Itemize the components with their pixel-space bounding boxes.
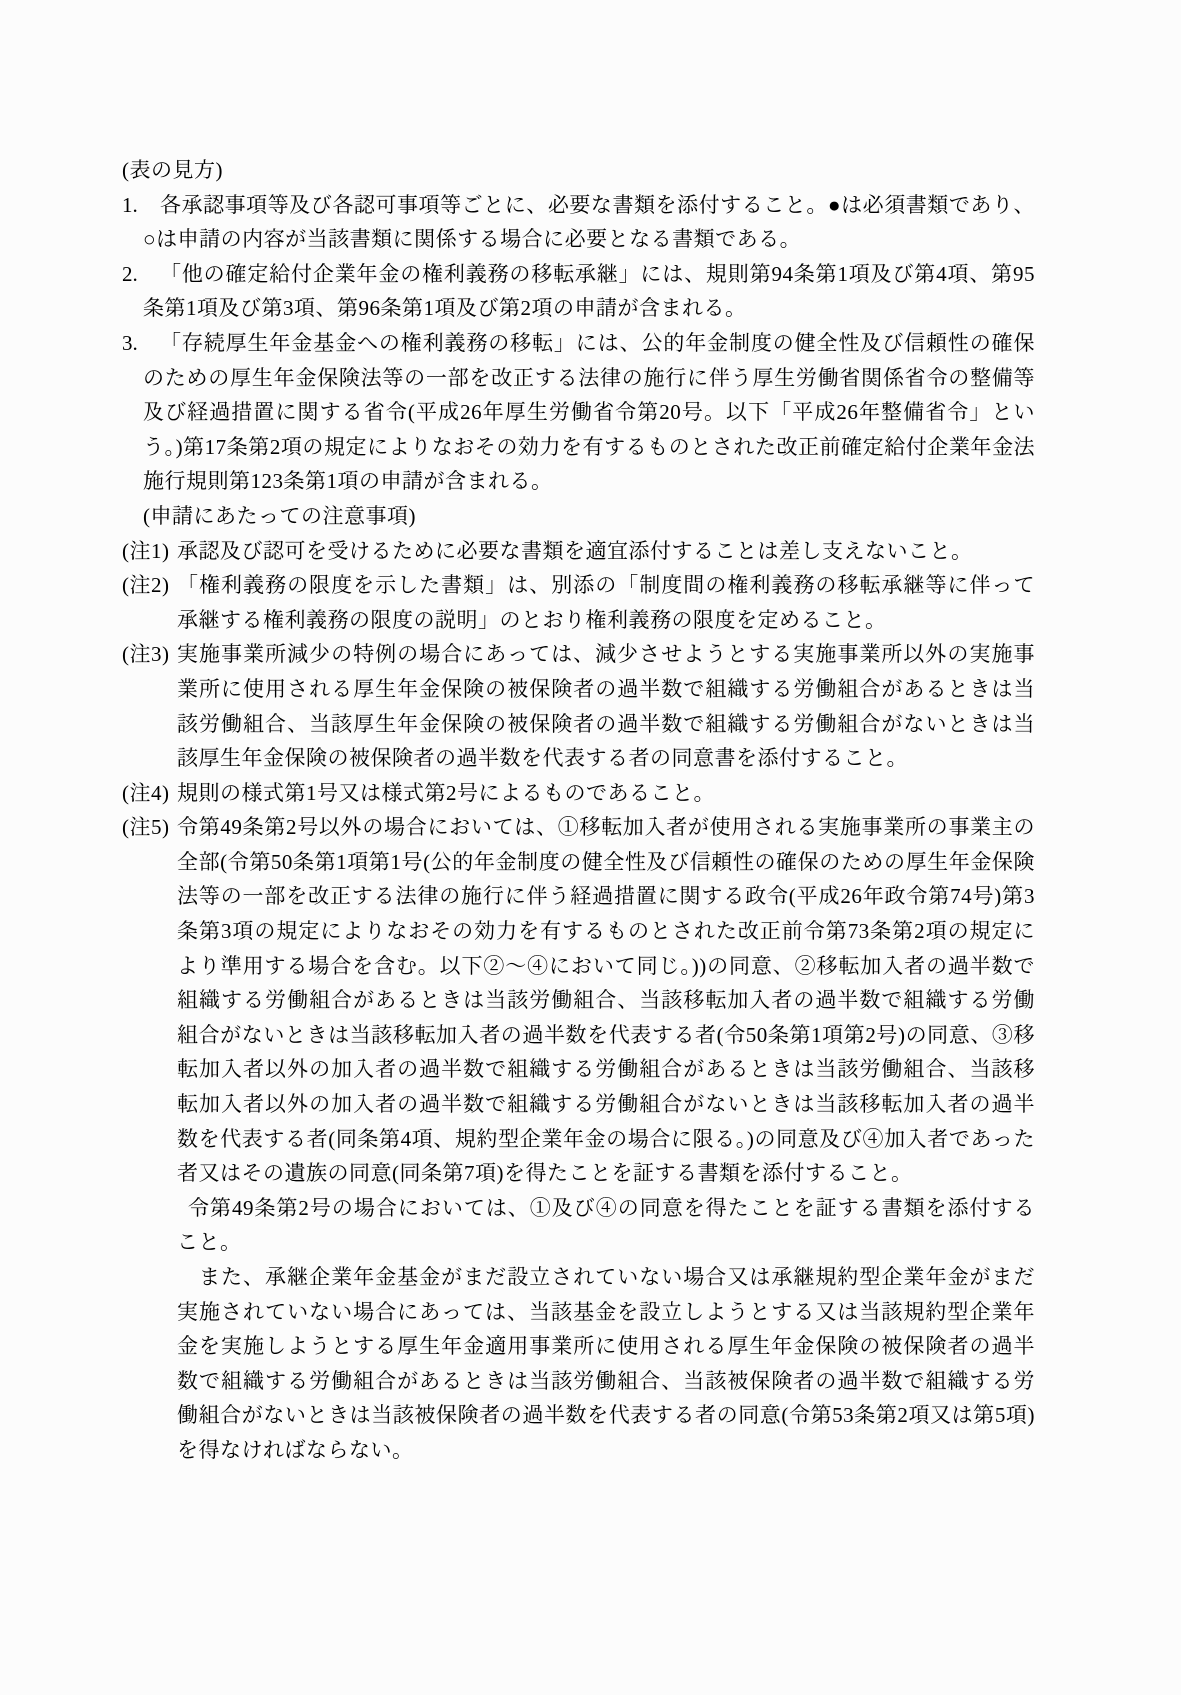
note-label: (注5) <box>122 810 170 845</box>
item-text: 各承認事項等及び各認可事項等ごとに、必要な書類を添付すること。●は必須書類であり… <box>143 188 1035 257</box>
note-item-2: (注2) 「権利義務の限度を示した書類」は、別添の「制度間の権利義務の移転承継等… <box>122 568 1035 637</box>
note-item-5: (注5) 令第49条第2号以外の場合においては、①移転加入者が使用される実施事業… <box>122 810 1035 1191</box>
note-text: 「権利義務の限度を示した書類」は、別添の「制度間の権利義務の移転承継等に伴って承… <box>177 568 1035 637</box>
notes-section-heading: (申請にあたっての注意事項) <box>143 499 1035 534</box>
note-item-3: (注3) 実施事業所減少の特例の場合にあっては、減少させようとする実施事業所以外… <box>122 637 1035 775</box>
table-guide-item-2: 2. 「他の確定給付企業年金の権利義務の移転承継」には、規則第94条第1項及び第… <box>122 257 1035 326</box>
table-guide-item-1: 1. 各承認事項等及び各認可事項等ごとに、必要な書類を添付すること。●は必須書類… <box>122 188 1035 257</box>
note-label: (注4) <box>122 776 170 811</box>
item-text: 「存続厚生年金基金への権利義務の移転」には、公的年金制度の健全性及び信頼性の確保… <box>143 326 1035 499</box>
note-item-1: (注1) 承認及び認可を受けるために必要な書類を適宜添付することは差し支えないこ… <box>122 534 1035 569</box>
table-guide-item-3: 3. 「存続厚生年金基金への権利義務の移転」には、公的年金制度の健全性及び信頼性… <box>122 326 1035 499</box>
note-5-subparagraph-2: また、承継企業年金基金がまだ設立されていない場合又は承継規約型企業年金がまだ実施… <box>122 1260 1035 1468</box>
note-label: (注1) <box>122 534 170 569</box>
table-guide-heading: (表の見方) <box>122 153 1035 188</box>
note-label: (注2) <box>122 568 170 603</box>
note-text: 実施事業所減少の特例の場合にあっては、減少させようとする実施事業所以外の実施事業… <box>177 637 1035 775</box>
item-number: 2. <box>122 257 138 292</box>
note-text: 規則の様式第1号又は様式第2号によるものであること。 <box>177 776 1035 811</box>
note-text: 令第49条第2号以外の場合においては、①移転加入者が使用される実施事業所の事業主… <box>177 810 1035 1191</box>
note-label: (注3) <box>122 637 170 672</box>
document-body: (表の見方) 1. 各承認事項等及び各認可事項等ごとに、必要な書類を添付すること… <box>0 0 1035 1468</box>
item-text: 「他の確定給付企業年金の権利義務の移転承継」には、規則第94条第1項及び第4項、… <box>143 257 1035 326</box>
note-text: 承認及び認可を受けるために必要な書類を適宜添付することは差し支えないこと。 <box>177 534 1035 569</box>
note-5-subparagraph-1: 令第49条第2号の場合においては、①及び④の同意を得たことを証する書類を添付する… <box>122 1191 1035 1260</box>
note-item-4: (注4) 規則の様式第1号又は様式第2号によるものであること。 <box>122 776 1035 811</box>
item-number: 1. <box>122 188 138 223</box>
document-page: (表の見方) 1. 各承認事項等及び各認可事項等ごとに、必要な書類を添付すること… <box>0 0 1181 1695</box>
item-number: 3. <box>122 326 138 361</box>
